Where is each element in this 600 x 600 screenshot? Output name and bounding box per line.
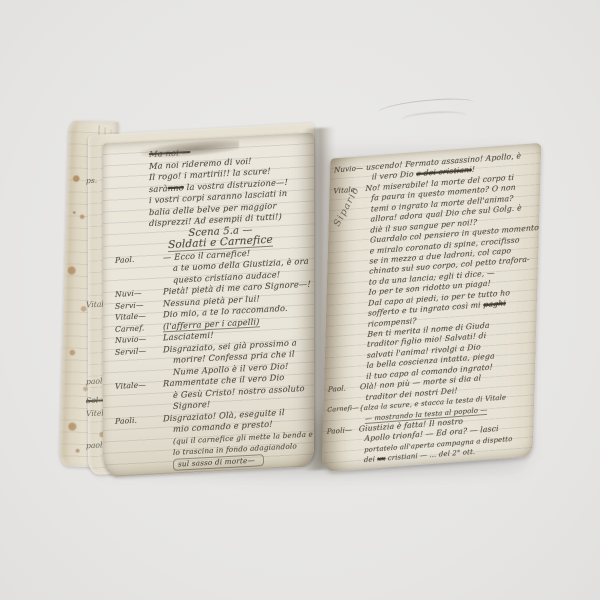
text-segment: dei bbox=[364, 455, 378, 464]
right-page-handwriting: Nuvio—uscendo! Fermato assassino! Apollo… bbox=[324, 150, 539, 469]
text-segment: Signore! bbox=[173, 399, 210, 411]
under-page-speaker-label: ps. bbox=[86, 176, 97, 186]
text-segment: Ma noi — bbox=[149, 147, 190, 159]
text-segment: Lasciatemi! bbox=[163, 330, 214, 343]
under-page-speaker-label: Vitel bbox=[86, 408, 104, 418]
under-page-speaker-label: Vital bbox=[86, 299, 104, 309]
under-page-speaker-label: paoli bbox=[86, 440, 105, 450]
text-segment: sarà bbox=[149, 183, 168, 194]
left-page-handwriting: Ma noi —Ma noi rideremo di voi!Il rogo! … bbox=[107, 141, 310, 474]
struck-text: nno bbox=[168, 182, 184, 193]
struck-text: xx bbox=[377, 455, 385, 464]
struck-text: paghi bbox=[483, 299, 506, 310]
text-segment: sul sasso di morte— bbox=[178, 455, 255, 468]
line-text: Signore! bbox=[173, 399, 210, 411]
right-page: Sipario Nuvio—uscendo! Fermato assassino… bbox=[322, 143, 542, 473]
text-segment: ! bbox=[472, 165, 476, 174]
line-text: Lasciatemi! bbox=[163, 330, 214, 343]
left-page: Ma noi —Ma noi rideremo di voi!Il rogo! … bbox=[103, 132, 314, 477]
photo-of-open-manuscript-notebook: ps.Vitalpaol.Sol—Vitelpaoli Ma noi —Ma n… bbox=[0, 0, 600, 600]
line-text: Ma noi — bbox=[149, 147, 190, 159]
under-page-speaker-label: paol. bbox=[86, 376, 105, 386]
